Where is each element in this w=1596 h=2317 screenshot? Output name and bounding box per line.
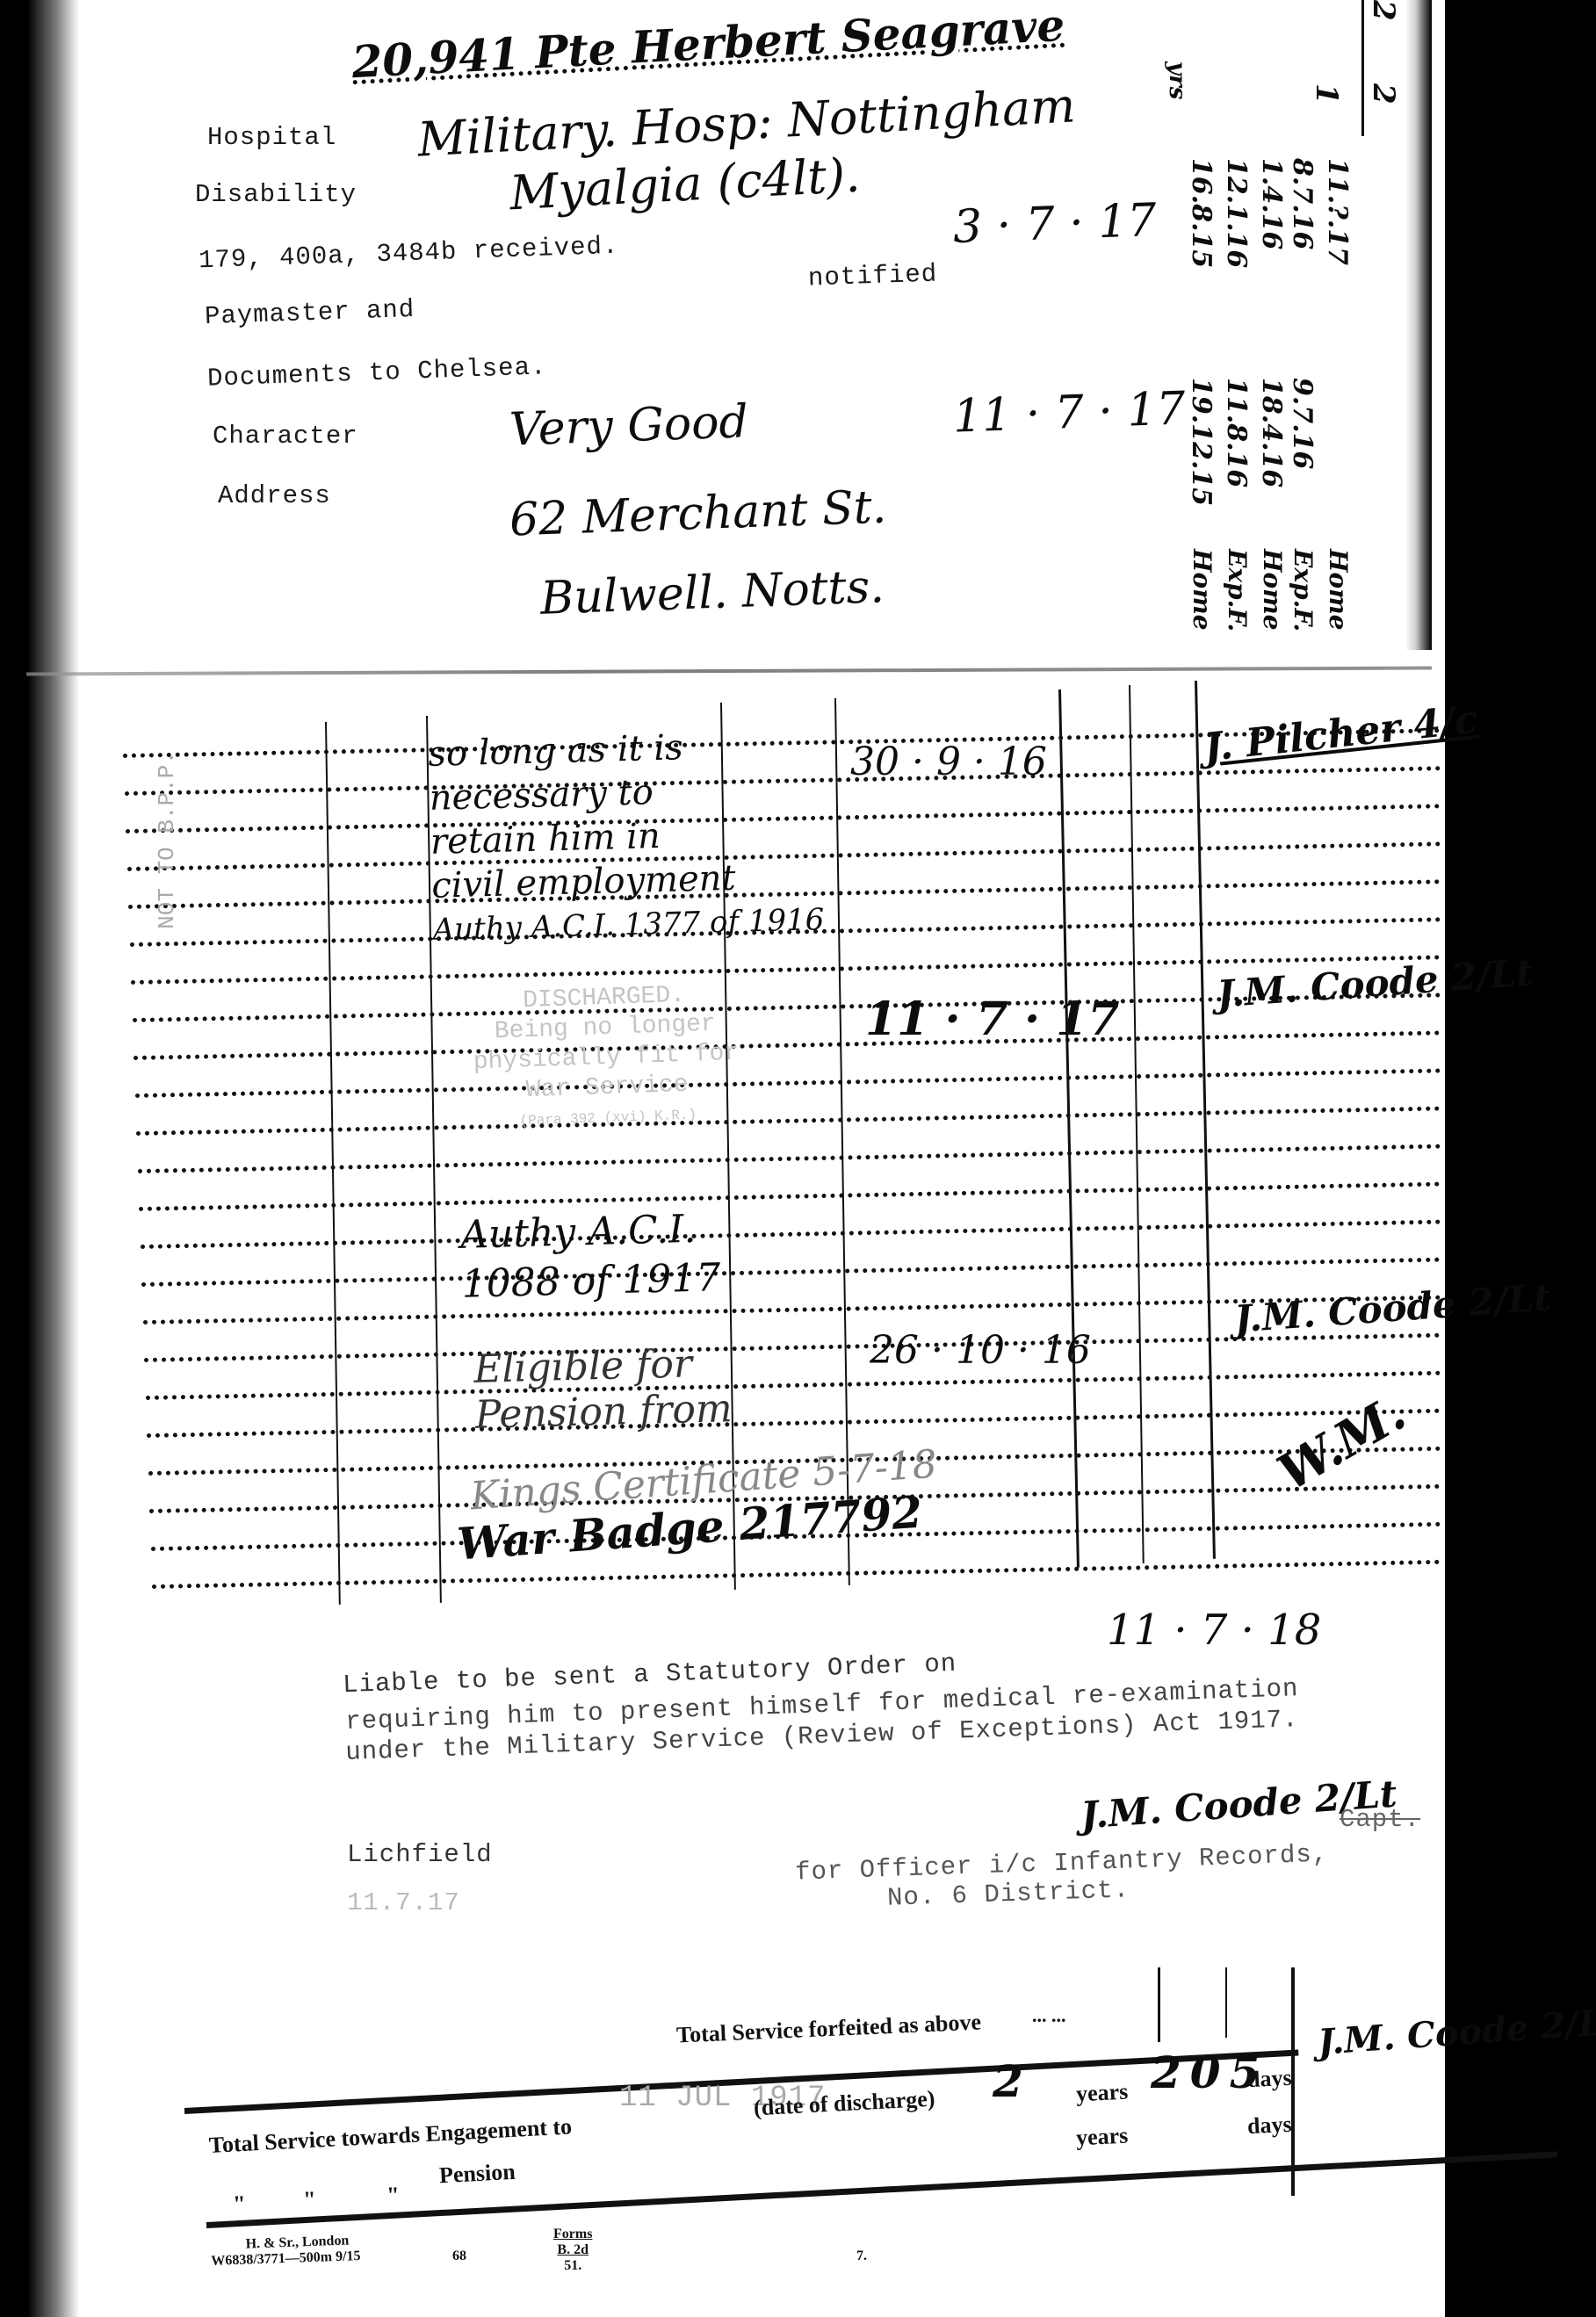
entry-2-date: 11 · 7 · 17 <box>865 992 1120 1046</box>
label-notified: notified <box>807 259 937 292</box>
side-record-divider <box>1361 0 1364 136</box>
ditto-2: " <box>303 2187 315 2213</box>
notice-place: Lichfield <box>347 1840 493 1869</box>
footer-code: 68 <box>452 2248 466 2264</box>
side-location-2: Exp.F. <box>1223 549 1252 632</box>
side-date-return-1: 19.12.15 <box>1186 378 1217 506</box>
pension-label: Pension <box>438 2159 516 2189</box>
label-character: Character <box>213 422 358 451</box>
side-date-return-2: 11.8.16 <box>1221 378 1252 487</box>
entry-4-date: 26 · 10 · 16 <box>870 1328 1091 1373</box>
notice-rank: Capt. <box>1340 1805 1420 1834</box>
years-label-2: years <box>1075 2122 1129 2151</box>
value-character-date: 11 · 7 · 17 <box>952 382 1187 443</box>
side-location-5: Home <box>1324 549 1353 631</box>
side-date-return-3: 18.4.16 <box>1256 378 1287 487</box>
side-date-enlist-1: 16.8.15 <box>1186 158 1217 268</box>
forfeited-box-line-1 <box>1158 1967 1160 2042</box>
scan-right-shadow <box>1405 0 1432 650</box>
label-hospital: Hospital <box>207 123 336 152</box>
label-disability: Disability <box>195 180 357 209</box>
side-location-4: Exp.F. <box>1289 549 1318 632</box>
years-label: years <box>1075 2078 1129 2107</box>
side-date-enlist-2: 12.1.16 <box>1221 158 1252 268</box>
side-date-enlist-5: 11.?.17 <box>1322 158 1353 265</box>
entry-1-remarks: so long as it is necessary to retain him… <box>428 722 825 952</box>
entry-4-remarks: Eligible for Pension from <box>473 1340 733 1439</box>
days-label-2: days <box>1246 2111 1292 2140</box>
forfeited-dots: ... ... <box>1032 2004 1066 2027</box>
years-value: 2 <box>993 2055 1023 2107</box>
forfeited-box-line-2 <box>1225 1967 1227 2038</box>
value-character: Very Good <box>509 395 749 456</box>
side-date-return-4: 9.7.16 <box>1287 378 1318 469</box>
side-mark-yrs: yrs <box>1164 61 1190 99</box>
side-mark-years: 2 <box>1366 83 1401 105</box>
side-location-1: Home <box>1188 549 1217 631</box>
entry-1-date: 30 · 9 · 16 <box>850 740 1047 784</box>
entry-3-remarks: Authy A.C.I. 1088 of 1917 <box>460 1204 722 1310</box>
side-mark-total: 2 <box>1366 0 1401 21</box>
ditto-1: " <box>233 2191 245 2218</box>
side-date-enlist-4: 8.7.16 <box>1287 158 1318 249</box>
footer-mark: 7. <box>856 2248 867 2264</box>
notice-date: 11 · 7 · 18 <box>1107 1606 1321 1655</box>
discharged-stamp: DISCHARGED. Being no longer physically f… <box>454 978 758 1138</box>
side-mark-one: 1 <box>1309 83 1344 105</box>
side-date-enlist-3: 1.4.16 <box>1256 158 1287 249</box>
days-label: days <box>1246 2065 1292 2094</box>
side-location-3: Home <box>1258 549 1287 631</box>
label-address: Address <box>218 481 331 510</box>
form-reference: Forms B. 2d 51. <box>553 2227 592 2274</box>
notice-place-date: 11.7.17 <box>347 1888 460 1917</box>
printer-imprint: H. & Sr., London W6838/3771—500m 9/15 <box>210 2233 360 2270</box>
margin-stamp: NOT TO B.P.P. <box>154 751 180 929</box>
value-forms-received-date: 3 · 7 · 17 <box>952 194 1157 254</box>
ditto-3: " <box>386 2183 399 2209</box>
scan-left-border <box>0 0 79 2317</box>
